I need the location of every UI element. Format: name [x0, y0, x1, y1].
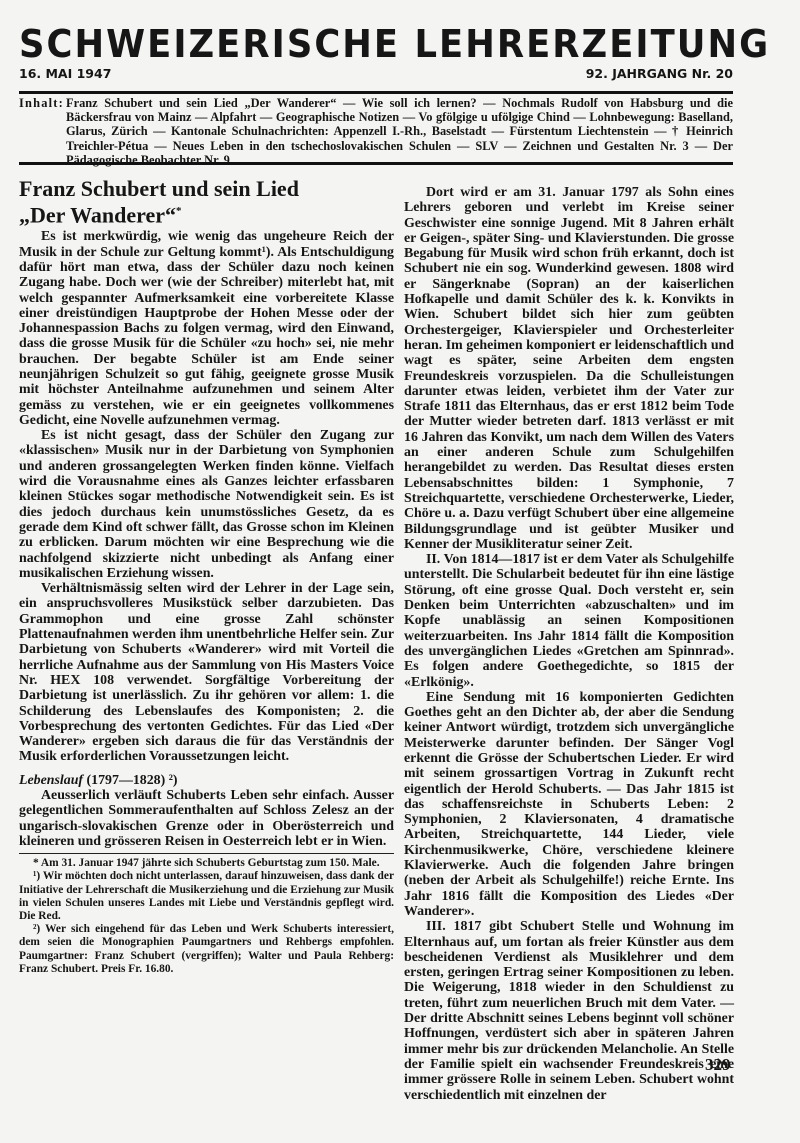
subheading-italic: Lebenslauf — [19, 773, 83, 788]
masthead-meta: 16. MAI 1947 92. JAHRGANG Nr. 20 — [19, 66, 733, 81]
paragraph: Verhältnismässig selten wird der Lehrer … — [19, 581, 394, 765]
footnote: * Am 31. Januar 1947 jährte sich Schuber… — [19, 857, 394, 870]
footnotes: * Am 31. Januar 1947 jährte sich Schuber… — [19, 857, 394, 976]
toc-top-rule — [19, 91, 733, 94]
article-title-line2: „Der Wanderer“ — [19, 202, 176, 227]
paragraph: Eine Sendung mit 16 komponierten Gedicht… — [404, 690, 734, 919]
footnote-rule — [19, 853, 394, 854]
table-of-contents: Inhalt: Franz Schubert und sein Lied „De… — [19, 96, 733, 167]
paragraph: II. Von 1814—1817 ist er dem Vater als S… — [404, 552, 734, 690]
page-number: 329 — [705, 1055, 731, 1075]
toc-label: Inhalt: — [19, 96, 64, 110]
paragraph: Es ist merkwürdig, wie wenig das ungeheu… — [19, 229, 394, 428]
footnote: ²) Wer sich eingehend für das Leben und … — [19, 923, 394, 976]
right-column: Dort wird er am 31. Januar 1797 als Sohn… — [404, 185, 734, 1103]
toc-text: Franz Schubert und sein Lied „Der Wander… — [66, 96, 733, 167]
footnote: ¹) Wir möchten doch nicht unterlassen, d… — [19, 870, 394, 923]
publication-title: SCHWEIZERISCHE LEHRERZEITUNG — [19, 24, 683, 64]
paragraph: III. 1817 gibt Schubert Stelle und Wohnu… — [404, 919, 734, 1103]
left-column: Franz Schubert und sein Lied „Der Wander… — [19, 178, 394, 976]
title-footnote-mark: * — [176, 205, 182, 217]
article-title: Franz Schubert und sein Lied „Der Wander… — [19, 178, 394, 226]
paragraph: Es ist nicht gesagt, dass der Schüler de… — [19, 428, 394, 581]
section-subheading: Lebenslauf (1797—1828) ²) — [19, 773, 394, 788]
issue-number: 92. JAHRGANG Nr. 20 — [586, 66, 733, 81]
issue-date: 16. MAI 1947 — [19, 66, 111, 81]
toc-bottom-rule — [19, 162, 733, 165]
masthead: SCHWEIZERISCHE LEHRERZEITUNG 16. MAI 194… — [19, 24, 733, 81]
subheading-dates: (1797—1828) ²) — [83, 773, 177, 788]
article-title-line1: Franz Schubert und sein Lied — [19, 176, 299, 201]
paragraph: Dort wird er am 31. Januar 1797 als Sohn… — [404, 185, 734, 552]
paragraph: Aeusserlich verläuft Schuberts Leben seh… — [19, 788, 394, 849]
